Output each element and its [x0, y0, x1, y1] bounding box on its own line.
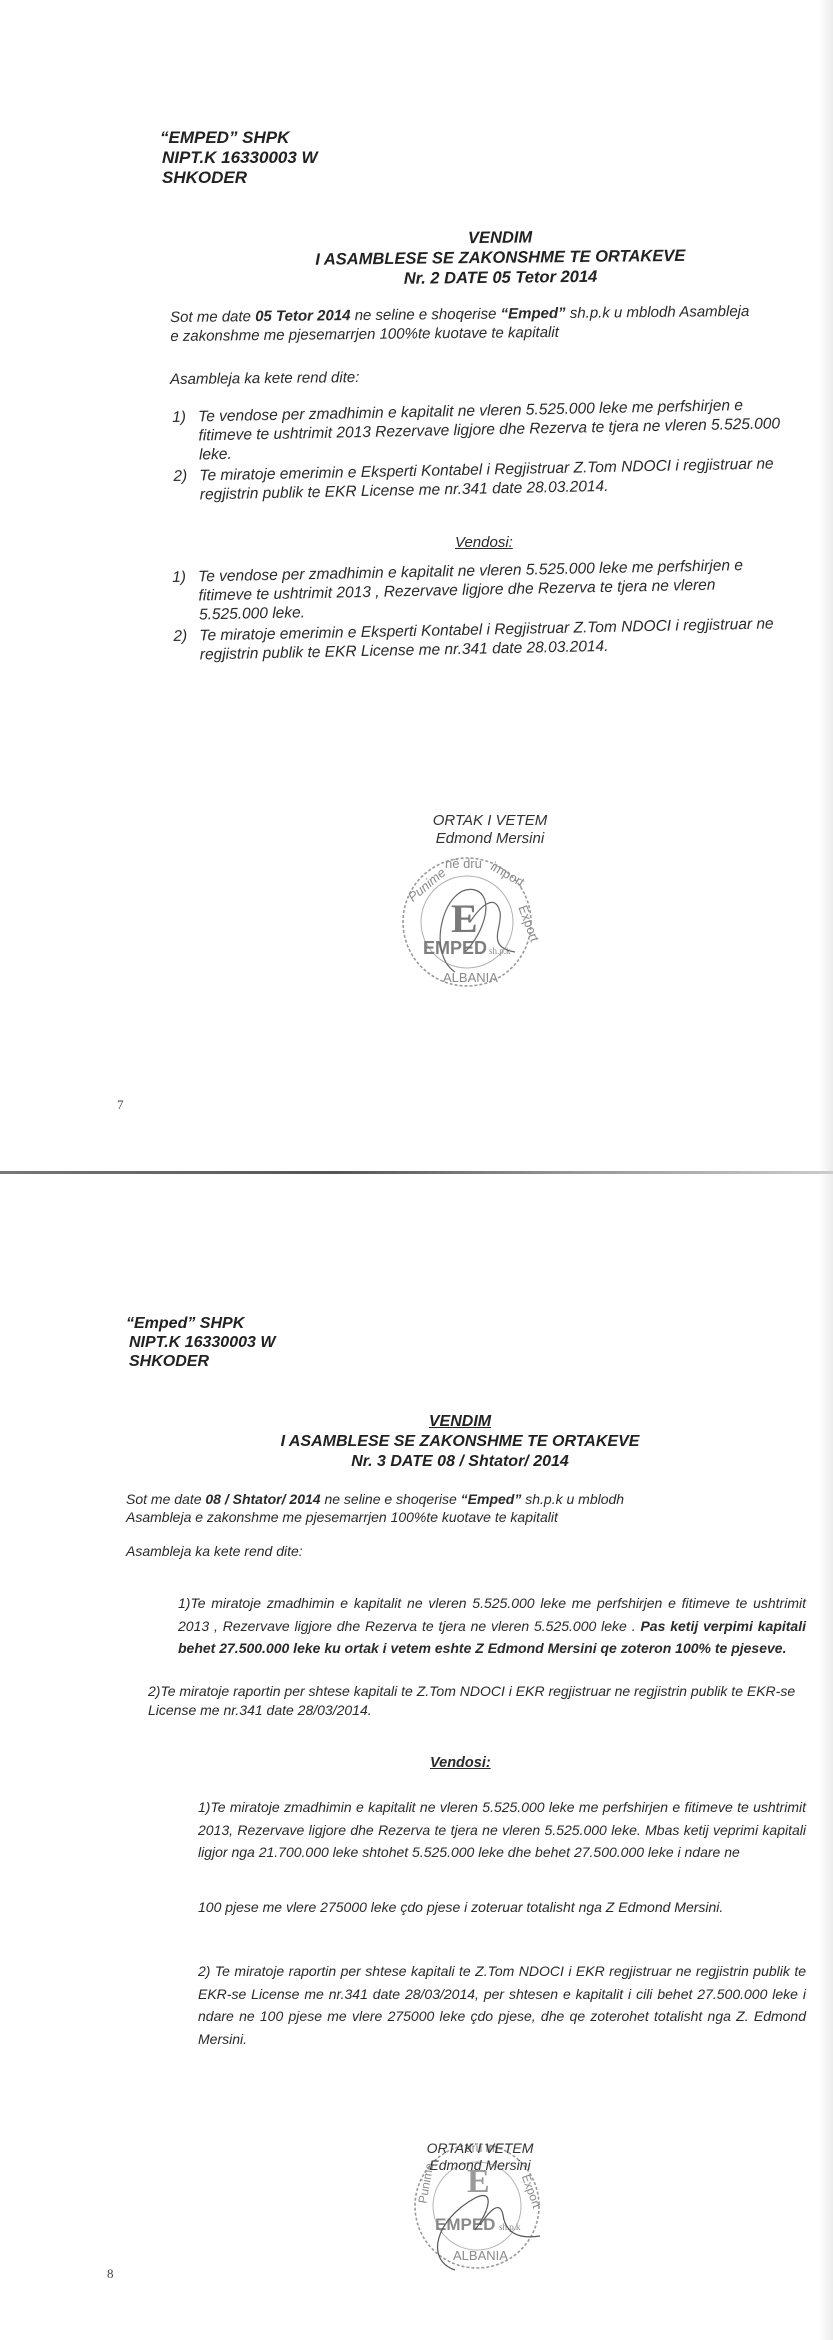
signer-name: Edmond Mersini	[390, 2157, 570, 2174]
agenda-item: 1) Te vendose per zmadhimin e kapitalit …	[172, 395, 785, 465]
svg-text:në dru: në dru	[445, 856, 482, 871]
decision-item: 1) Te vendose per zmadhimin e kapitalit …	[172, 555, 785, 625]
company-name: “EMPED” SHPK	[160, 128, 318, 148]
svg-text:Punime: Punime	[405, 865, 448, 905]
intro-paragraph: Sot me date 05 Tetor 2014 ne seline e sh…	[170, 301, 830, 346]
item-number: 1)	[172, 407, 199, 465]
signature-block: ORTAK I VETEM Edmond Mersini	[400, 812, 580, 848]
intro-line-2: Asambleja e zakonshme me pjesemarrjen 10…	[126, 1508, 806, 1526]
decision-title: VENDIM I ASAMBLESE SE ZAKONSHME TE ORTAK…	[260, 1412, 660, 1472]
intro-paragraph: Sot me date 08 / Shtator/ 2014 ne seline…	[126, 1490, 806, 1526]
page-number: 8	[107, 2266, 114, 2282]
stamp-seal-icon: Punime në dru import Export E EMPED sh.p…	[385, 852, 555, 992]
item-number: 1)	[172, 567, 199, 625]
scan-edge-shadow	[819, 0, 833, 1172]
company-ref: “Emped”	[501, 305, 566, 323]
decision-item-1-cont: 100 pjese me vlere 275000 leke çdo pjese…	[198, 1896, 806, 1919]
item-number: 2)	[173, 466, 200, 505]
signature-block: ORTAK I VETEM Edmond Mersini	[390, 2140, 570, 2174]
company-nipt: NIPT.K 16330003 W	[160, 148, 318, 168]
company-city: SHKODER	[126, 1352, 275, 1371]
scan-edge-shadow	[819, 1174, 833, 2340]
decision-label: Vendosi:	[430, 1754, 491, 1773]
signer-role: ORTAK I VETEM	[390, 2140, 570, 2157]
intro-middle: ne seline e shoqerise	[321, 1491, 461, 1507]
decision-item-1: 1)Te miratoje zmadhimin e kapitalit ne v…	[198, 1796, 806, 1864]
item-text: Te vendose per zmadhimin e kapitalit ne …	[198, 555, 785, 624]
company-stamp: Punime në dru import Export E EMPED sh.p…	[385, 852, 555, 992]
svg-text:EMPED: EMPED	[435, 2215, 495, 2234]
company-header: “EMPED” SHPK NIPT.K 16330003 W SHKODER	[160, 128, 318, 188]
intro-suffix: sh.p.k u mblodh	[521, 1491, 624, 1507]
signer-role: ORTAK I VETEM	[400, 812, 580, 830]
intro-suffix: sh.p.k u mblodh Asambleja	[566, 303, 750, 322]
company-header: “Emped” SHPK NIPT.K 16330003 W SHKODER	[126, 1314, 275, 1371]
agenda-item-1: 1)Te miratoje zmadhimin e kapitalit ne v…	[178, 1592, 806, 1660]
intro-prefix: Sot me date	[126, 1491, 205, 1507]
item-text: Te vendose per zmadhimin e kapitalit ne …	[198, 395, 785, 464]
decision-list: 1) Te vendose per zmadhimin e kapitalit …	[172, 555, 786, 665]
agenda-label: Asambleja ka kete rend dite:	[170, 368, 359, 389]
signer-name: Edmond Mersini	[400, 830, 580, 848]
document-page-8: “Emped” SHPK NIPT.K 16330003 W SHKODER V…	[0, 1174, 833, 2340]
intro-prefix: Sot me date	[170, 308, 255, 326]
item-number: 2)	[173, 626, 200, 665]
meeting-date: 05 Tetor 2014	[255, 307, 351, 325]
page-number: 7	[117, 1097, 124, 1113]
title-line-1: VENDIM	[260, 1412, 660, 1432]
document-page-7: “EMPED” SHPK NIPT.K 16330003 W SHKODER V…	[0, 0, 833, 1172]
decision-item-2: 2) Te miratoje raportin per shtese kapit…	[198, 1960, 806, 2050]
svg-text:ALBANIA: ALBANIA	[443, 970, 498, 985]
title-line-3: Nr. 3 DATE 08 / Shtator/ 2014	[260, 1452, 660, 1472]
company-ref: “Emped”	[461, 1491, 522, 1507]
svg-text:EMPED: EMPED	[423, 938, 487, 958]
title-line-2: I ASAMBLESE SE ZAKONSHME TE ORTAKEVE	[260, 1432, 660, 1452]
svg-text:ALBANIA: ALBANIA	[453, 2248, 508, 2263]
svg-text:Export: Export	[515, 903, 542, 944]
intro-middle: ne seline e shoqerise	[350, 306, 500, 325]
decision-title: VENDIM I ASAMBLESE SE ZAKONSHME TE ORTAK…	[290, 226, 711, 290]
decision-label: Vendosi:	[455, 533, 513, 552]
agenda-label: Asambleja ka kete rend dite:	[126, 1542, 303, 1561]
agenda-list: 1) Te vendose per zmadhimin e kapitalit …	[172, 395, 786, 505]
company-nipt: NIPT.K 16330003 W	[126, 1333, 275, 1352]
svg-text:Export: Export	[519, 2172, 544, 2210]
company-city: SHKODER	[160, 168, 318, 188]
svg-text:E: E	[451, 896, 478, 941]
agenda-item-2: 2)Te miratoje raportin per shtese kapita…	[148, 1682, 808, 1720]
meeting-date: 08 / Shtator/ 2014	[205, 1491, 320, 1507]
company-name: “Emped” SHPK	[126, 1314, 275, 1333]
svg-text:sh.p.k: sh.p.k	[489, 946, 511, 956]
